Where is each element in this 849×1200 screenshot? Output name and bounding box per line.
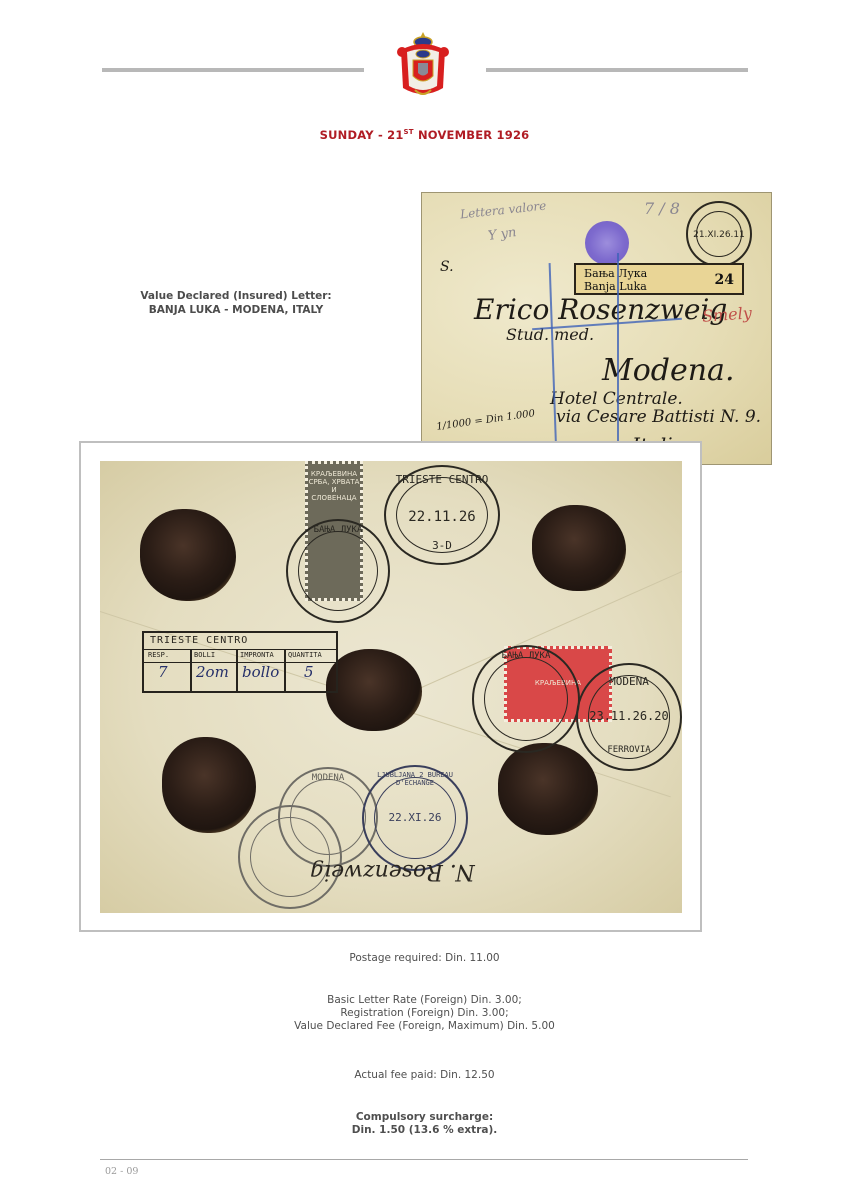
value-declared-note: 1/1000 = Din 1.000 <box>436 408 536 433</box>
banja-luka-cancel-back: БАЊА ЛУКА <box>286 519 390 623</box>
wax-seal <box>140 509 236 601</box>
wax-seal <box>326 649 422 731</box>
blue-crayon-mark-2 <box>617 253 619 458</box>
rate-value-declared-fee: Value Declared Fee (Foreign, Maximum) Di… <box>0 1020 849 1033</box>
banja-luka-cancel-red-stamp: БАЊА ЛУКА <box>472 645 580 753</box>
surcharge-value: Din. 1.50 (13.6 % extra). <box>0 1124 849 1137</box>
royal-coat-of-arms-icon <box>395 30 451 102</box>
registration-label: Бања Лука Banja Luka 24 <box>574 263 744 295</box>
salutation: S. <box>440 259 454 275</box>
wax-seal <box>162 737 256 833</box>
trieste-cancel: TRIESTE CENTRO 22.11.26 3-D <box>384 465 500 565</box>
modena-ferrovia-cancel: MODENA 23.11.26.20 FERROVIA <box>576 663 682 771</box>
violet-seal-icon <box>585 221 629 265</box>
sender-signature: N. Rosenzweig <box>310 859 475 884</box>
postage-required-text: Postage required: Din. 11.00 <box>0 952 849 965</box>
surcharge-title: Compulsory surcharge: <box>0 1111 849 1124</box>
wax-seal <box>498 743 598 835</box>
header-rule-left <box>102 68 364 72</box>
pencil-note-right: 7 / 8 <box>644 199 680 218</box>
envelope-front-image: Lettera valore Y yn 7 / 8 21.XI.26.11 Ба… <box>421 192 772 465</box>
page-number: 02 - 09 <box>105 1166 138 1177</box>
cover-type-label: Value Declared (Insured) Letter: <box>116 289 356 303</box>
registration-number: 24 <box>715 272 734 288</box>
modena-arrival-cancel-2 <box>238 805 342 909</box>
pencil-note: Lettera valore <box>460 199 547 222</box>
registration-town-latin: Banja Luka <box>584 280 647 293</box>
cover-route-label: BANJA LUKA - MODENA, ITALY <box>116 303 356 317</box>
header-rule-right <box>486 68 748 72</box>
address-line-2: via Cesare Battisti N. 9. <box>556 407 761 427</box>
rate-registration: Registration (Foreign) Din. 3.00; <box>0 1007 849 1020</box>
envelope-back-image: КРАЉЕВИНА СРБА, ХРВАТА И СЛОВЕНАЦА КРАЉЕ… <box>100 461 682 913</box>
ljubljana-exchange-cancel: LJUBLJANA 2 BUREAU D'ECHANGE 22.XI.26 <box>362 765 468 871</box>
actual-fee-text: Actual fee paid: Din. 12.50 <box>0 1069 849 1082</box>
addressee-name: Erico Rosenzweig <box>474 293 727 326</box>
wax-seal <box>532 505 626 591</box>
destination-city: Modena. <box>602 353 734 388</box>
trieste-centro-cachet: TRIESTE CENTRO RESP. BOLLI IMPRONTA QUAN… <box>142 631 338 693</box>
red-note: Smely <box>701 303 752 325</box>
page-date-heading: SUNDAY - 21ST NOVEMBER 1926 <box>0 128 849 142</box>
footer-rule <box>100 1159 748 1160</box>
rate-basic-letter: Basic Letter Rate (Foreign) Din. 3.00; <box>0 994 849 1007</box>
cover-description: Value Declared (Insured) Letter: BANJA L… <box>116 289 356 317</box>
pencil-note-2: Y yn <box>487 225 517 244</box>
registration-town-cyrillic: Бања Лука <box>584 267 647 280</box>
banja-luka-postmark: 21.XI.26.11 <box>686 201 752 267</box>
